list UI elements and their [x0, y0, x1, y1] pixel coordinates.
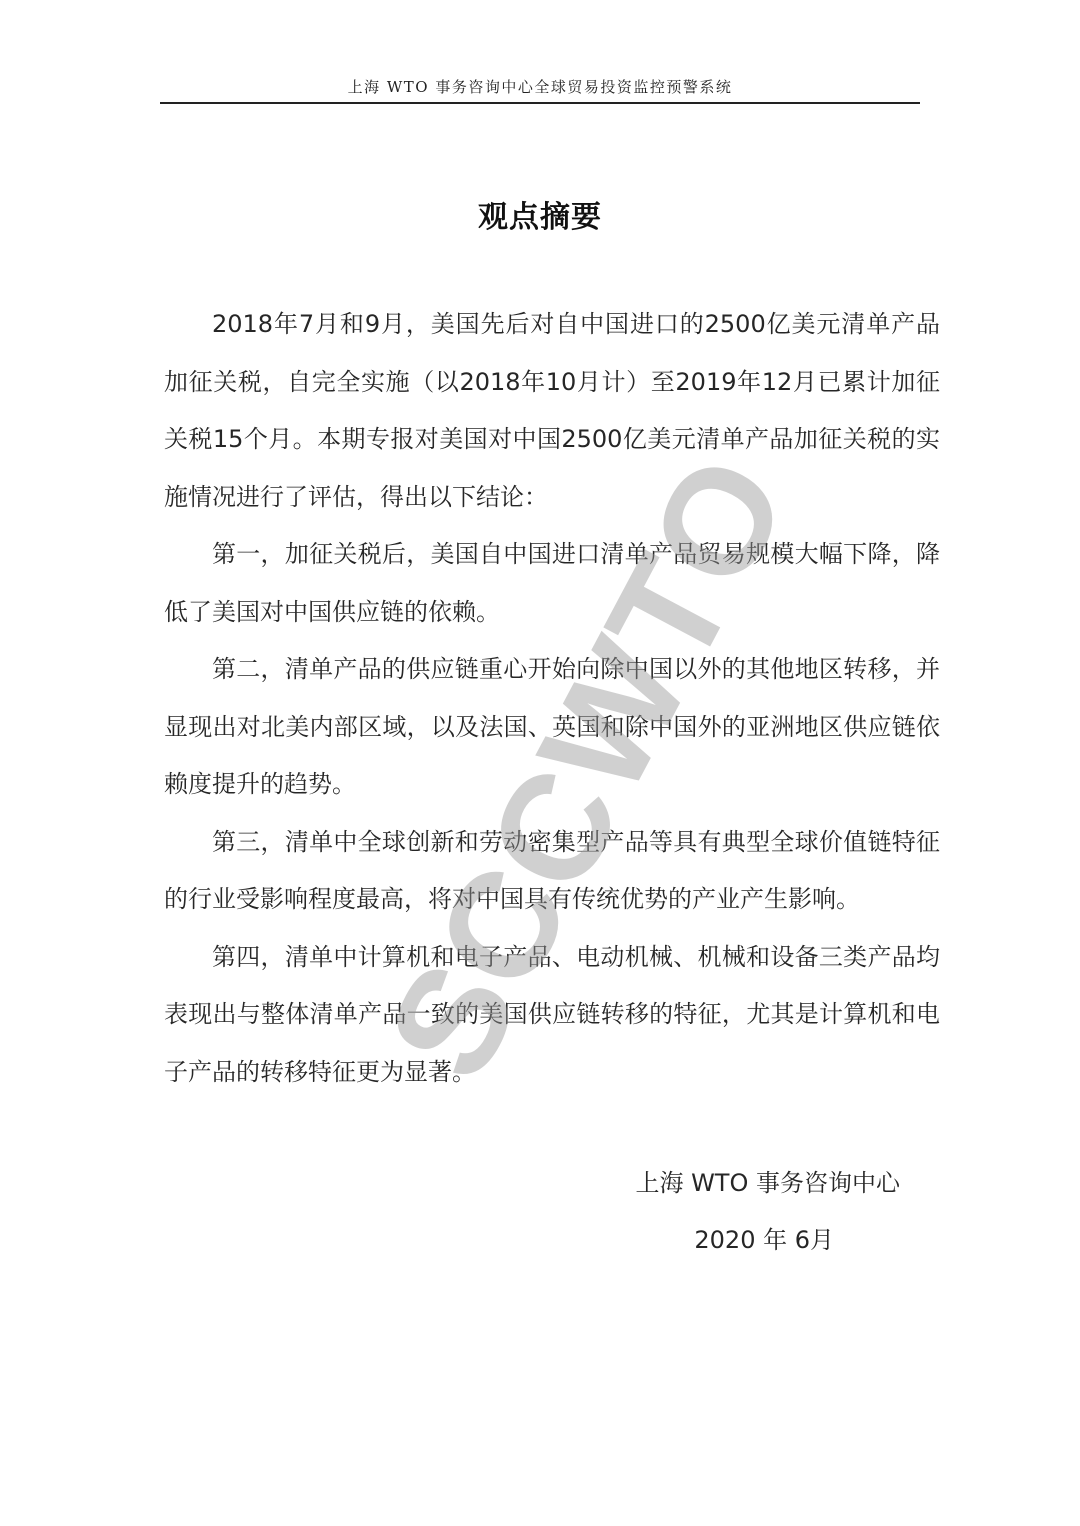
page-title: 观点摘要 [0, 192, 1080, 236]
paragraph-first: 第一，加征关税后，美国自中国进口清单产品贸易规模大幅下降，降低了美国对中国供应链… [164, 526, 940, 641]
page-header: 上海 WTO 事务咨询中心全球贸易投资监控预警系统 [160, 76, 920, 97]
signature-organization: 上海 WTO 事务咨询中心 [560, 1163, 900, 1198]
paragraph-intro: 2018年7月和9月，美国先后对自中国进口的2500亿美元清单产品加征关税，自完… [164, 296, 940, 526]
header-divider [160, 102, 920, 104]
paragraph-fourth: 第四，清单中计算机和电子产品、电动机械、机械和设备三类产品均表现出与整体清单产品… [164, 929, 940, 1102]
signature-date: 2020 年 6月 [560, 1220, 834, 1255]
paragraph-third: 第三，清单中全球创新和劳动密集型产品等具有典型全球价值链特征的行业受影响程度最高… [164, 814, 940, 929]
paragraph-second: 第二，清单产品的供应链重心开始向除中国以外的其他地区转移，并显现出对北美内部区域… [164, 641, 940, 814]
summary-body: 2018年7月和9月，美国先后对自中国进口的2500亿美元清单产品加征关税，自完… [164, 296, 940, 1101]
